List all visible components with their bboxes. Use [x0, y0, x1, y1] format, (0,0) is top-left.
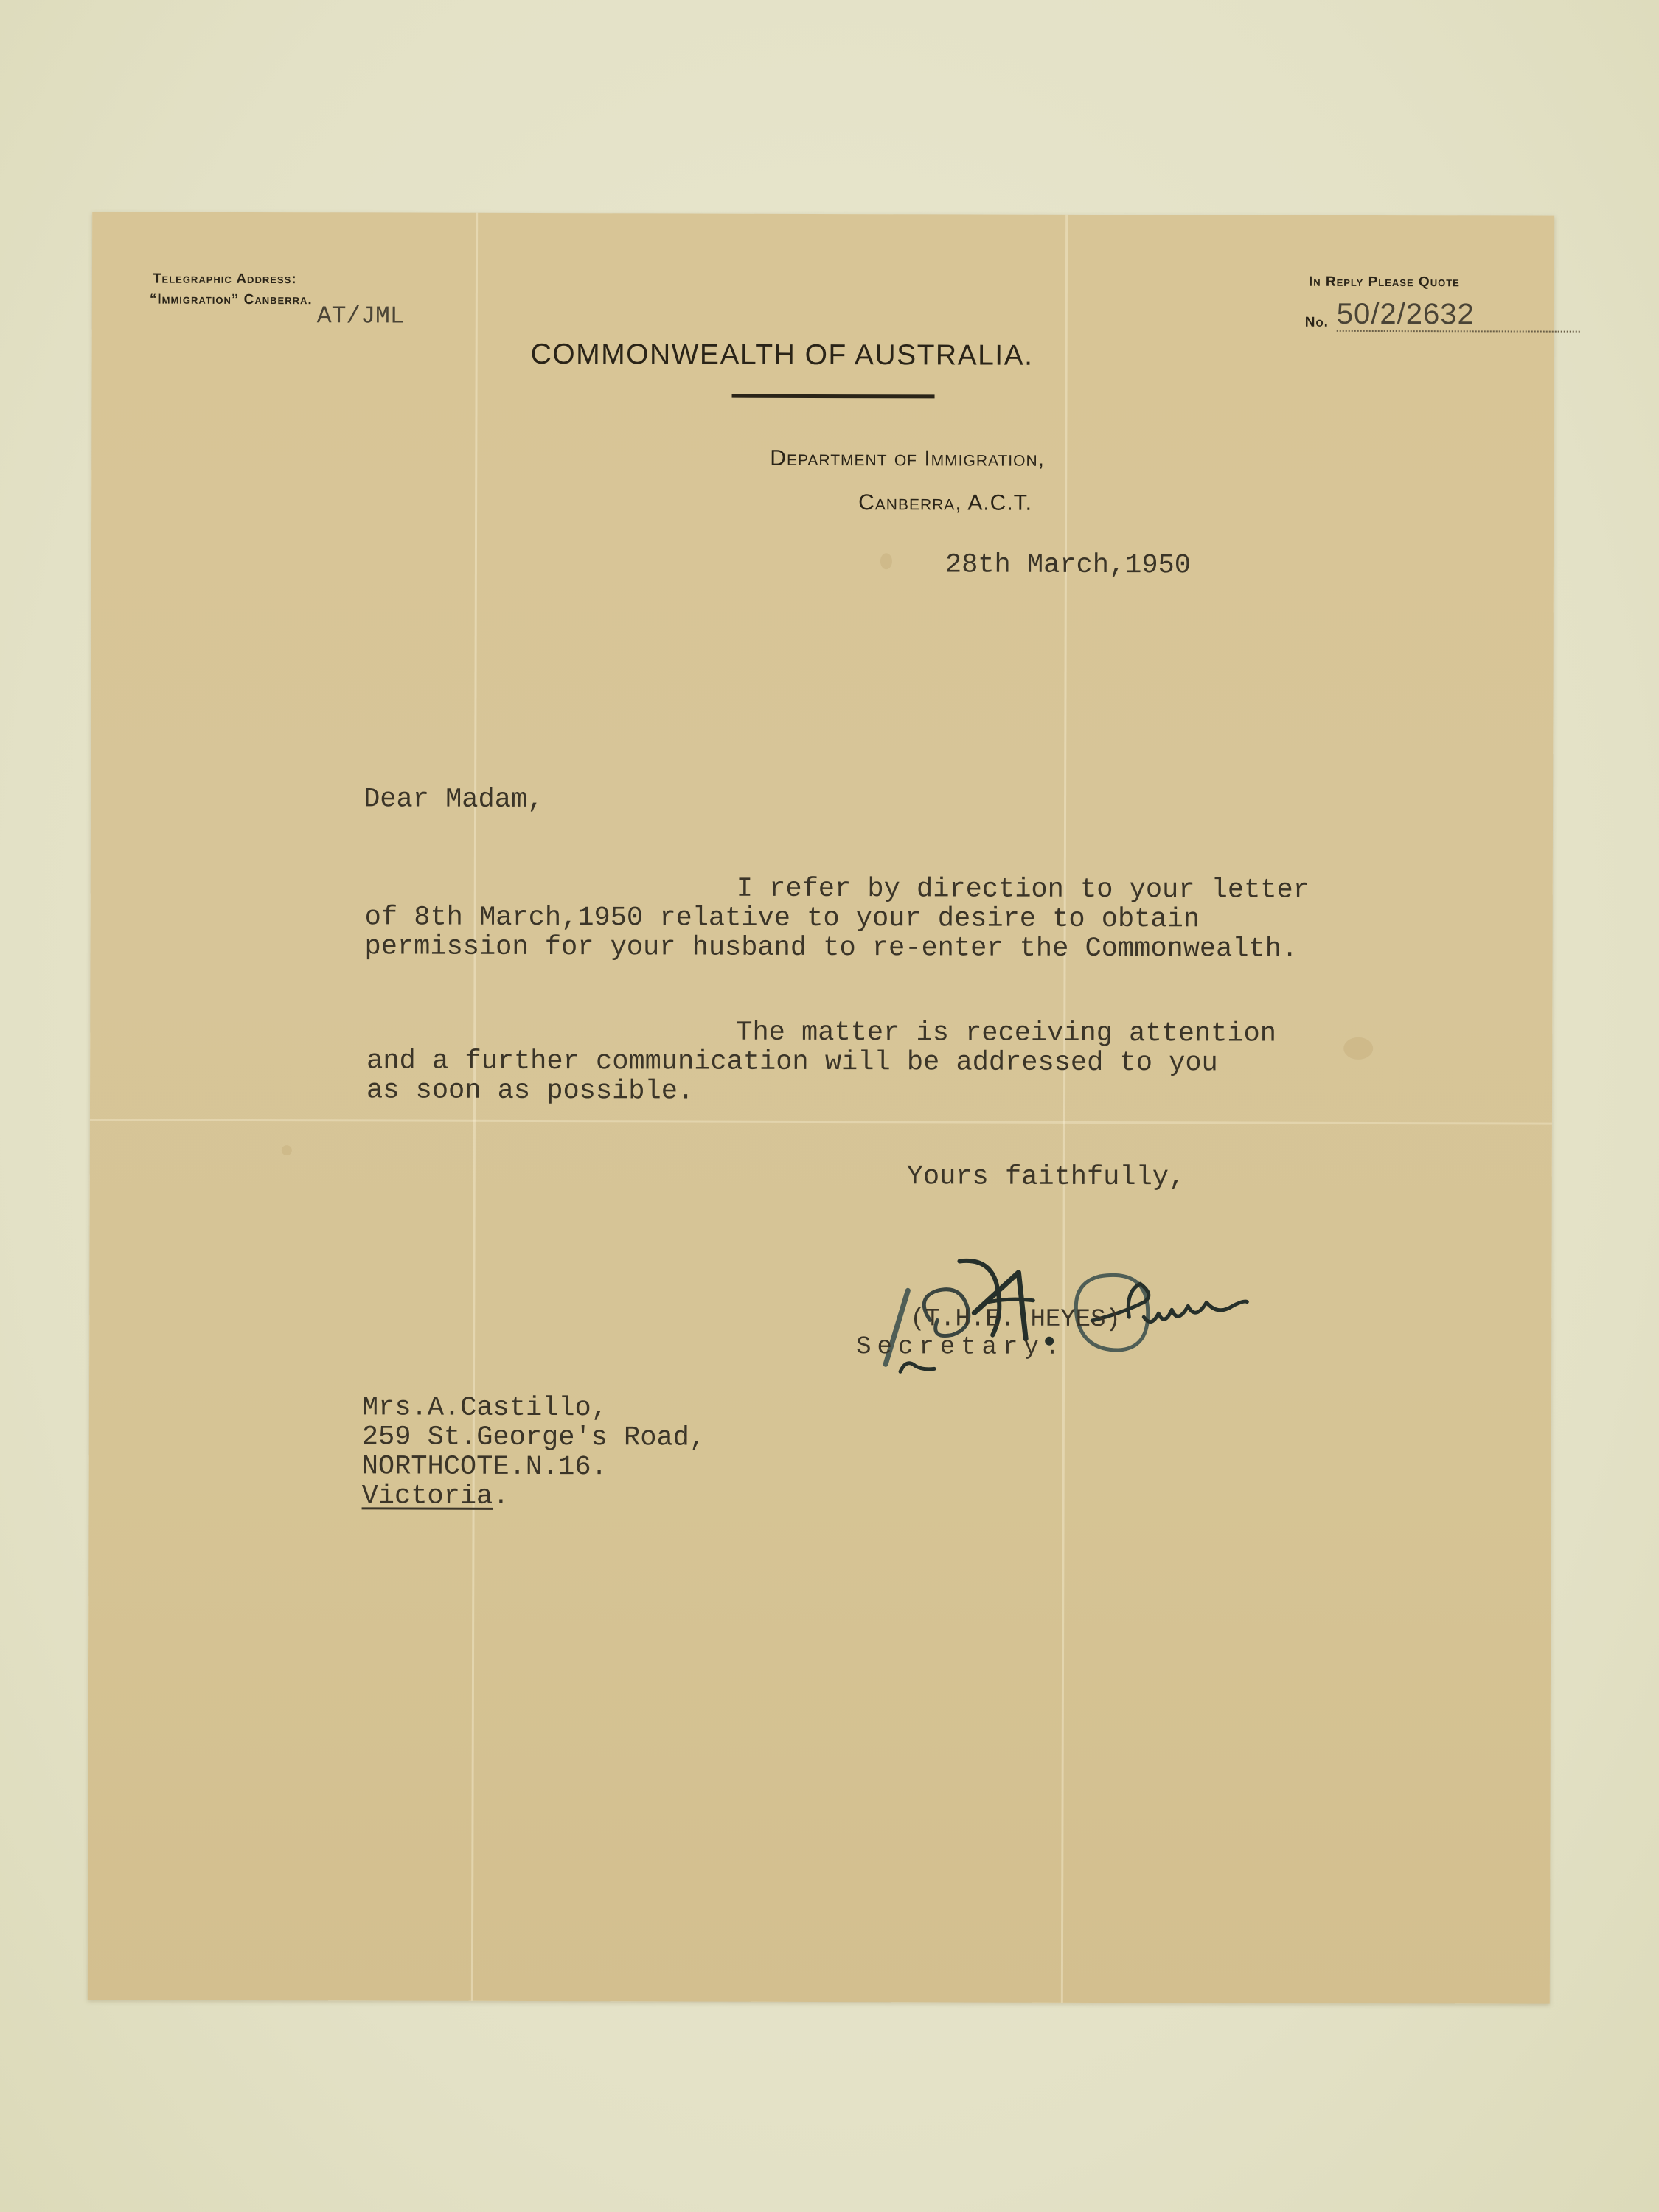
- paragraph-2-line-3: as soon as possible.: [366, 1075, 694, 1107]
- paper-stain: [1343, 1037, 1373, 1060]
- reply-number-label: No.: [1305, 315, 1329, 331]
- recipient-state: Victoria: [362, 1481, 493, 1512]
- fold-crease-vertical-right: [1061, 215, 1068, 2003]
- title-rule-divider: [732, 394, 935, 399]
- recipient-name: Mrs.A.Castillo,: [362, 1392, 608, 1424]
- paragraph-1-line-1: I refer by direction to your letter: [737, 874, 1310, 906]
- fold-crease-horizontal: [90, 1119, 1552, 1124]
- salutation: Dear Madam,: [364, 784, 543, 815]
- typed-reference-initials: AT/JML: [317, 302, 405, 330]
- reply-number-dotted-line: [1337, 330, 1580, 333]
- telegraphic-address-value: “Immigration” Canberra.: [150, 292, 313, 309]
- recipient-state-line: Victoria.: [362, 1481, 509, 1512]
- recipient-state-suffix: .: [493, 1481, 509, 1512]
- recipient-street: 259 St.George's Road,: [362, 1422, 706, 1453]
- telegraphic-address-label: Telegraphic Address:: [153, 271, 297, 288]
- paragraph-1-line-3: permission for your husband to re-enter …: [365, 931, 1298, 964]
- paper-stain: [880, 553, 892, 569]
- fold-crease-vertical-left: [471, 213, 478, 2001]
- signatory-name: (T.H.E. HEYES): [910, 1305, 1121, 1334]
- letter-paper: Telegraphic Address: “Immigration” Canbe…: [88, 212, 1554, 2003]
- signatory-title: Secretary.: [856, 1333, 1065, 1362]
- recipient-suburb: NORTHCOTE.N.16.: [362, 1451, 608, 1483]
- reply-quote-label: In Reply Please Quote: [1309, 274, 1460, 291]
- complimentary-close: Yours faithfully,: [907, 1161, 1186, 1193]
- paragraph-1-line-2: of 8th March,1950 relative to your desir…: [365, 902, 1200, 935]
- letter-date: 28th March,1950: [945, 549, 1191, 581]
- letterhead-title: COMMONWEALTH OF AUSTRALIA.: [531, 338, 1034, 372]
- paper-stain: [282, 1145, 292, 1155]
- paragraph-2-line-1: The matter is receiving attention: [736, 1018, 1276, 1050]
- department-name: Department of Immigration,: [770, 446, 1045, 472]
- paragraph-2-line-2: and a further communication will be addr…: [366, 1046, 1218, 1079]
- reply-number-value: 50/2/2632: [1337, 298, 1475, 331]
- department-location: Canberra, A.C.T.: [858, 490, 1032, 516]
